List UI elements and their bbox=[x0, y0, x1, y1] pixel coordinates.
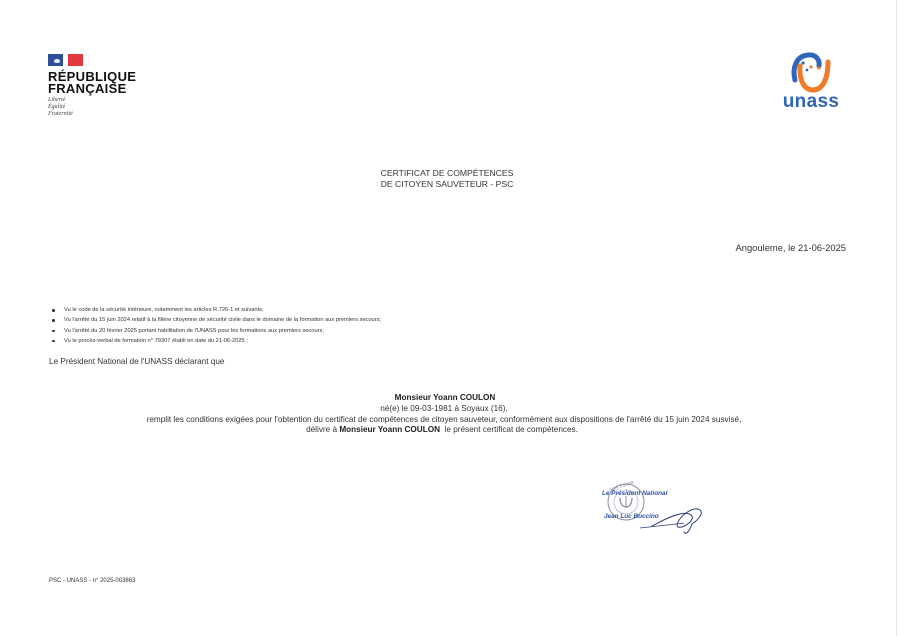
delivery-line: délivre à Monsieur Yoann COULON le prése… bbox=[0, 425, 900, 436]
consideration-item: Vu le procès-verbal de formation n° 7930… bbox=[50, 336, 381, 346]
signatory-name: Jean Luc Buccino bbox=[604, 513, 659, 520]
signatory-title: Le Président National bbox=[602, 490, 667, 497]
delivery-suffix: le présent certificat de compétences. bbox=[440, 425, 578, 434]
place-date: Angouleme, le 21-06-2025 bbox=[736, 242, 847, 253]
consideration-item: Vu le code de la sécurité intérieure, no… bbox=[50, 305, 381, 315]
consideration-item: Vu l'arrêté du 20 février 2025 portant h… bbox=[50, 326, 381, 336]
unass-logo: unass bbox=[776, 50, 846, 111]
certificate-reference: PSC - UNASS - n° 2025-003863 bbox=[49, 578, 135, 584]
french-flag-icon bbox=[48, 53, 168, 67]
certificate-title: CERTIFICAT DE COMPÉTENCES DE CITOYEN SAU… bbox=[0, 168, 900, 190]
certificate-body: Monsieur Yoann COULON né(e) le 09-03-198… bbox=[0, 393, 900, 436]
declarant-statement: Le Président National de l'UNASS déclara… bbox=[49, 357, 224, 366]
rf-motto: Liberté Égalité Fraternité bbox=[48, 97, 168, 118]
consideration-item: Vu l'arrêté du 15 juin 2024 relatif à la… bbox=[50, 315, 381, 325]
conditions-line: remplit les conditions exigées pour l'ob… bbox=[0, 415, 900, 426]
birth-line: né(e) le 09-03-1981 à Soyaux (16), bbox=[0, 404, 900, 415]
rf-motto-liberte: Liberté bbox=[48, 97, 168, 104]
signature-scribble bbox=[652, 509, 701, 533]
unass-wordmark: unass bbox=[776, 93, 846, 111]
delivery-prefix: délivre à bbox=[306, 425, 339, 434]
holder-name: Monsieur Yoann COULON bbox=[0, 393, 900, 404]
signature-block: ASS Forma Le Président National Jean Luc… bbox=[600, 476, 720, 546]
page-edge bbox=[896, 0, 897, 636]
rf-motto-egalite: Égalité bbox=[48, 104, 168, 111]
rf-title-line-2: FRANÇAISE bbox=[48, 83, 168, 95]
republique-francaise-logo: RÉPUBLIQUE FRANÇAISE Liberté Égalité Fra… bbox=[48, 53, 168, 118]
certificate-title-line-2: DE CITOYEN SAUVETEUR - PSC bbox=[0, 179, 900, 190]
unass-face-icon bbox=[786, 50, 836, 94]
rf-motto-fraternite: Fraternité bbox=[48, 111, 168, 118]
certificate-title-line-1: CERTIFICAT DE COMPÉTENCES bbox=[0, 168, 900, 179]
considerations-list: Vu le code de la sécurité intérieure, no… bbox=[50, 305, 381, 346]
delivery-name: Monsieur Yoann COULON bbox=[339, 425, 440, 434]
stamp-icon: ASS Forma bbox=[600, 476, 720, 546]
